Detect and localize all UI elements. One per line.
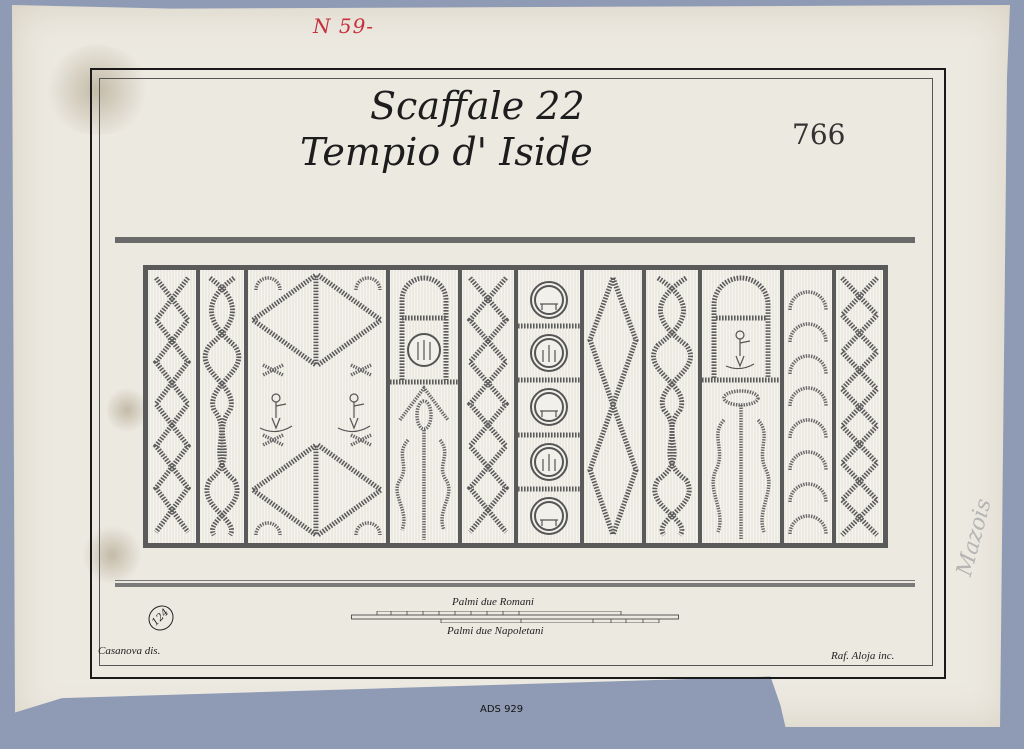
mosaic-panel-large-lattice bbox=[584, 270, 646, 543]
red-annotation: N 59- bbox=[313, 14, 374, 38]
scale-label-neapolitan: Palmi due Napoletani bbox=[447, 625, 544, 637]
draughtsman-signature: Casanova dis. bbox=[98, 645, 160, 657]
handwritten-title-line1: Scaffale 22 bbox=[370, 84, 585, 128]
mosaic-panel-arch-cupid-serpents bbox=[702, 270, 784, 543]
scale-bar bbox=[351, 611, 679, 623]
inventory-label: ADS 929 bbox=[480, 704, 523, 715]
mosaic-panel-medallions bbox=[518, 270, 584, 543]
engraver-signature: Raf. Aloja inc. bbox=[831, 650, 894, 662]
mosaic-panel-lattice bbox=[462, 270, 518, 543]
mosaic-panel-cable bbox=[646, 270, 702, 543]
band-rule bbox=[115, 575, 915, 581]
annotation-number: 766 bbox=[792, 118, 845, 151]
cupid-figure-left bbox=[260, 394, 292, 432]
cupid-figure-niche bbox=[726, 331, 754, 369]
cupid-figure-right bbox=[338, 394, 370, 432]
mosaic-panel-lattice bbox=[836, 270, 883, 543]
mosaic-floor bbox=[143, 265, 888, 548]
handwritten-title-line2: Tempio d' Iside bbox=[300, 130, 593, 174]
mosaic-panel-cable bbox=[200, 270, 248, 543]
mosaic-panel-stacked-arches bbox=[784, 270, 836, 543]
mosaic-panel-diamonds-cupids bbox=[248, 270, 390, 543]
mosaic-panel-arch-serpents bbox=[390, 270, 462, 543]
mosaic-panel-lattice bbox=[148, 270, 200, 543]
scale-label-roman: Palmi due Romani bbox=[452, 596, 534, 608]
